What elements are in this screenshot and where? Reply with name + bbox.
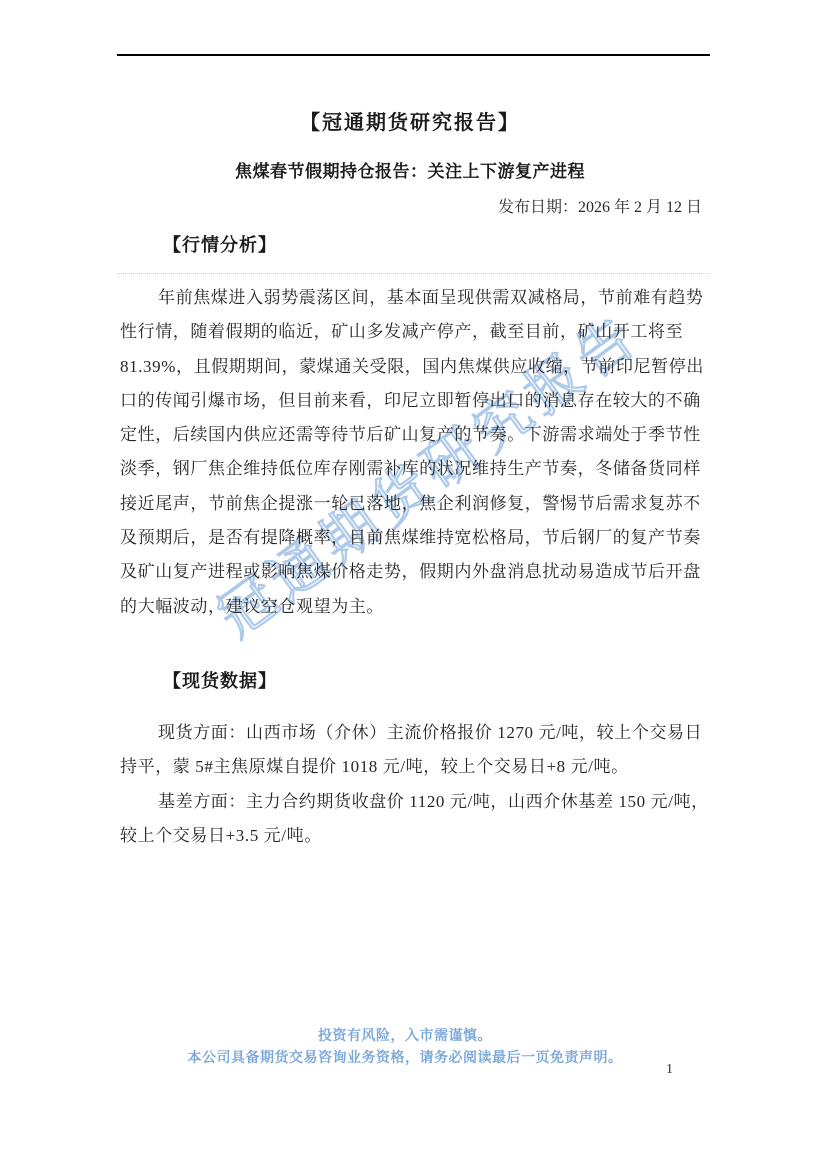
report-series-title: 【冠通期货研究报告】 — [110, 106, 710, 135]
disclaimer-line: 本公司具备期货交易咨询业务资格，请务必阅读最后一页免责声明。 — [95, 1047, 715, 1067]
spot-data-heading: 【现货数据】 — [120, 667, 277, 693]
scan-dotted-line — [117, 273, 710, 274]
market-analysis-paragraph: 年前焦煤进入弱势震荡区间，基本面呈现供需双减格局，节前难有趋势性行情，随着假期的… — [120, 281, 714, 624]
report-title: 焦煤春节假期持仓报告：关注上下游复产进程 — [110, 157, 710, 182]
risk-warning-line: 投资有风险，入市需谨慎。 — [95, 1025, 715, 1045]
market-analysis-heading: 【行情分析】 — [120, 231, 277, 257]
report-page: 冠通期货研究报告 【冠通期货研究报告】 焦煤春节假期持仓报告：关注上下游复产进程… — [0, 0, 826, 1169]
spot-price-paragraph: 现货方面：山西市场（介休）主流价格报价 1270 元/吨，较上个交易日持平，蒙 … — [120, 716, 714, 785]
page-number: 1 — [666, 1062, 673, 1078]
basis-paragraph: 基差方面：主力合约期货收盘价 1120 元/吨，山西介休基差 150 元/吨，较… — [120, 785, 714, 854]
header-rule — [117, 54, 710, 56]
publish-date: 发布日期：2026 年 2 月 12 日 — [498, 194, 702, 217]
